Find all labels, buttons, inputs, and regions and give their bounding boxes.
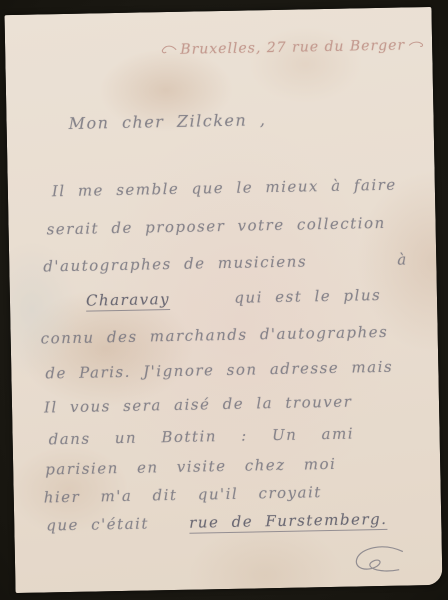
body-line-text: que c'était [46, 514, 149, 534]
body-line: Charavay qui est le plus [86, 286, 382, 310]
body-line: parisien en visite chez moi [45, 455, 337, 479]
letter-photograph: Bruxelles, 27 rue du Berger Mon cher Zil… [0, 0, 448, 600]
letter-paper: Bruxelles, 27 rue du Berger Mon cher Zil… [4, 7, 442, 593]
street-name-underlined: rue de Furstemberg. [189, 510, 388, 534]
letterhead-address: Bruxelles, 27 rue du Berger [161, 37, 424, 58]
body-line-text: qui est le plus [234, 286, 381, 307]
letterhead-flourish-right [408, 40, 424, 50]
letterhead-text: Bruxelles, 27 rue du Berger [180, 37, 405, 57]
body-line: hier m'a dit qu'il croyait [44, 483, 322, 506]
body-line: dans un Bottin : Un ami [48, 425, 354, 449]
salutation: Mon cher Zilcken , [68, 110, 266, 133]
body-line-suffix: à [397, 250, 408, 268]
body-line: d'autographes de musiciens à [43, 250, 408, 275]
body-line: Il vous sera aisé de la trouver [44, 393, 353, 417]
letterhead-flourish-left [161, 45, 177, 55]
body-line-text: d'autographes de musiciens [43, 252, 307, 275]
signature-paraph [333, 543, 420, 581]
body-line: que c'était rue de Furstemberg. [46, 510, 387, 535]
body-line: serait de proposer votre collection [46, 214, 385, 239]
dealer-name-underlined: Charavay [86, 290, 170, 312]
body-line: de Paris. J'ignore son adresse mais [45, 358, 393, 383]
body-line: connu des marchands d'autographes [41, 323, 389, 348]
body-line: Il me semble que le mieux à faire [52, 176, 397, 201]
